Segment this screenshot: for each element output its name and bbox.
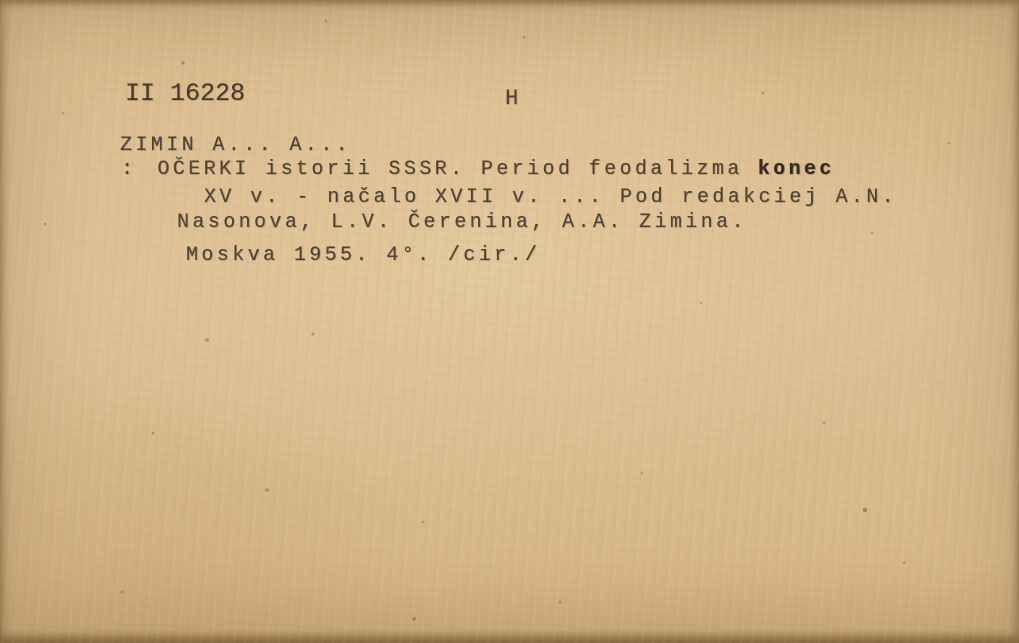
imprint-line: Moskva 1955. 4°. /cir./ — [186, 246, 540, 266]
paper-texture-specks — [0, 0, 2, 2]
author-line: ZIMIN A... A... — [120, 136, 351, 156]
call-number: II 16228 — [125, 81, 245, 106]
section-letter: H — [505, 88, 518, 110]
title-bold-word: konec — [758, 158, 835, 181]
title-line: :OČERKI istorii SSSR. Period feodalizmak… — [121, 160, 835, 180]
title-continuation-line-2: Nasonova, L.V. Čerenina, A.A. Zimina. — [177, 213, 747, 233]
title-text: OČERKI istorii SSSR. Period feodalizma — [157, 158, 742, 181]
title-prefix-colon: : — [121, 158, 136, 181]
title-continuation-line-1: XV v. - načalo XVII v. ... Pod redakciej… — [204, 188, 897, 208]
catalog-card-scan: II 16228 H ZIMIN A... A... :OČERKI istor… — [0, 0, 1019, 643]
